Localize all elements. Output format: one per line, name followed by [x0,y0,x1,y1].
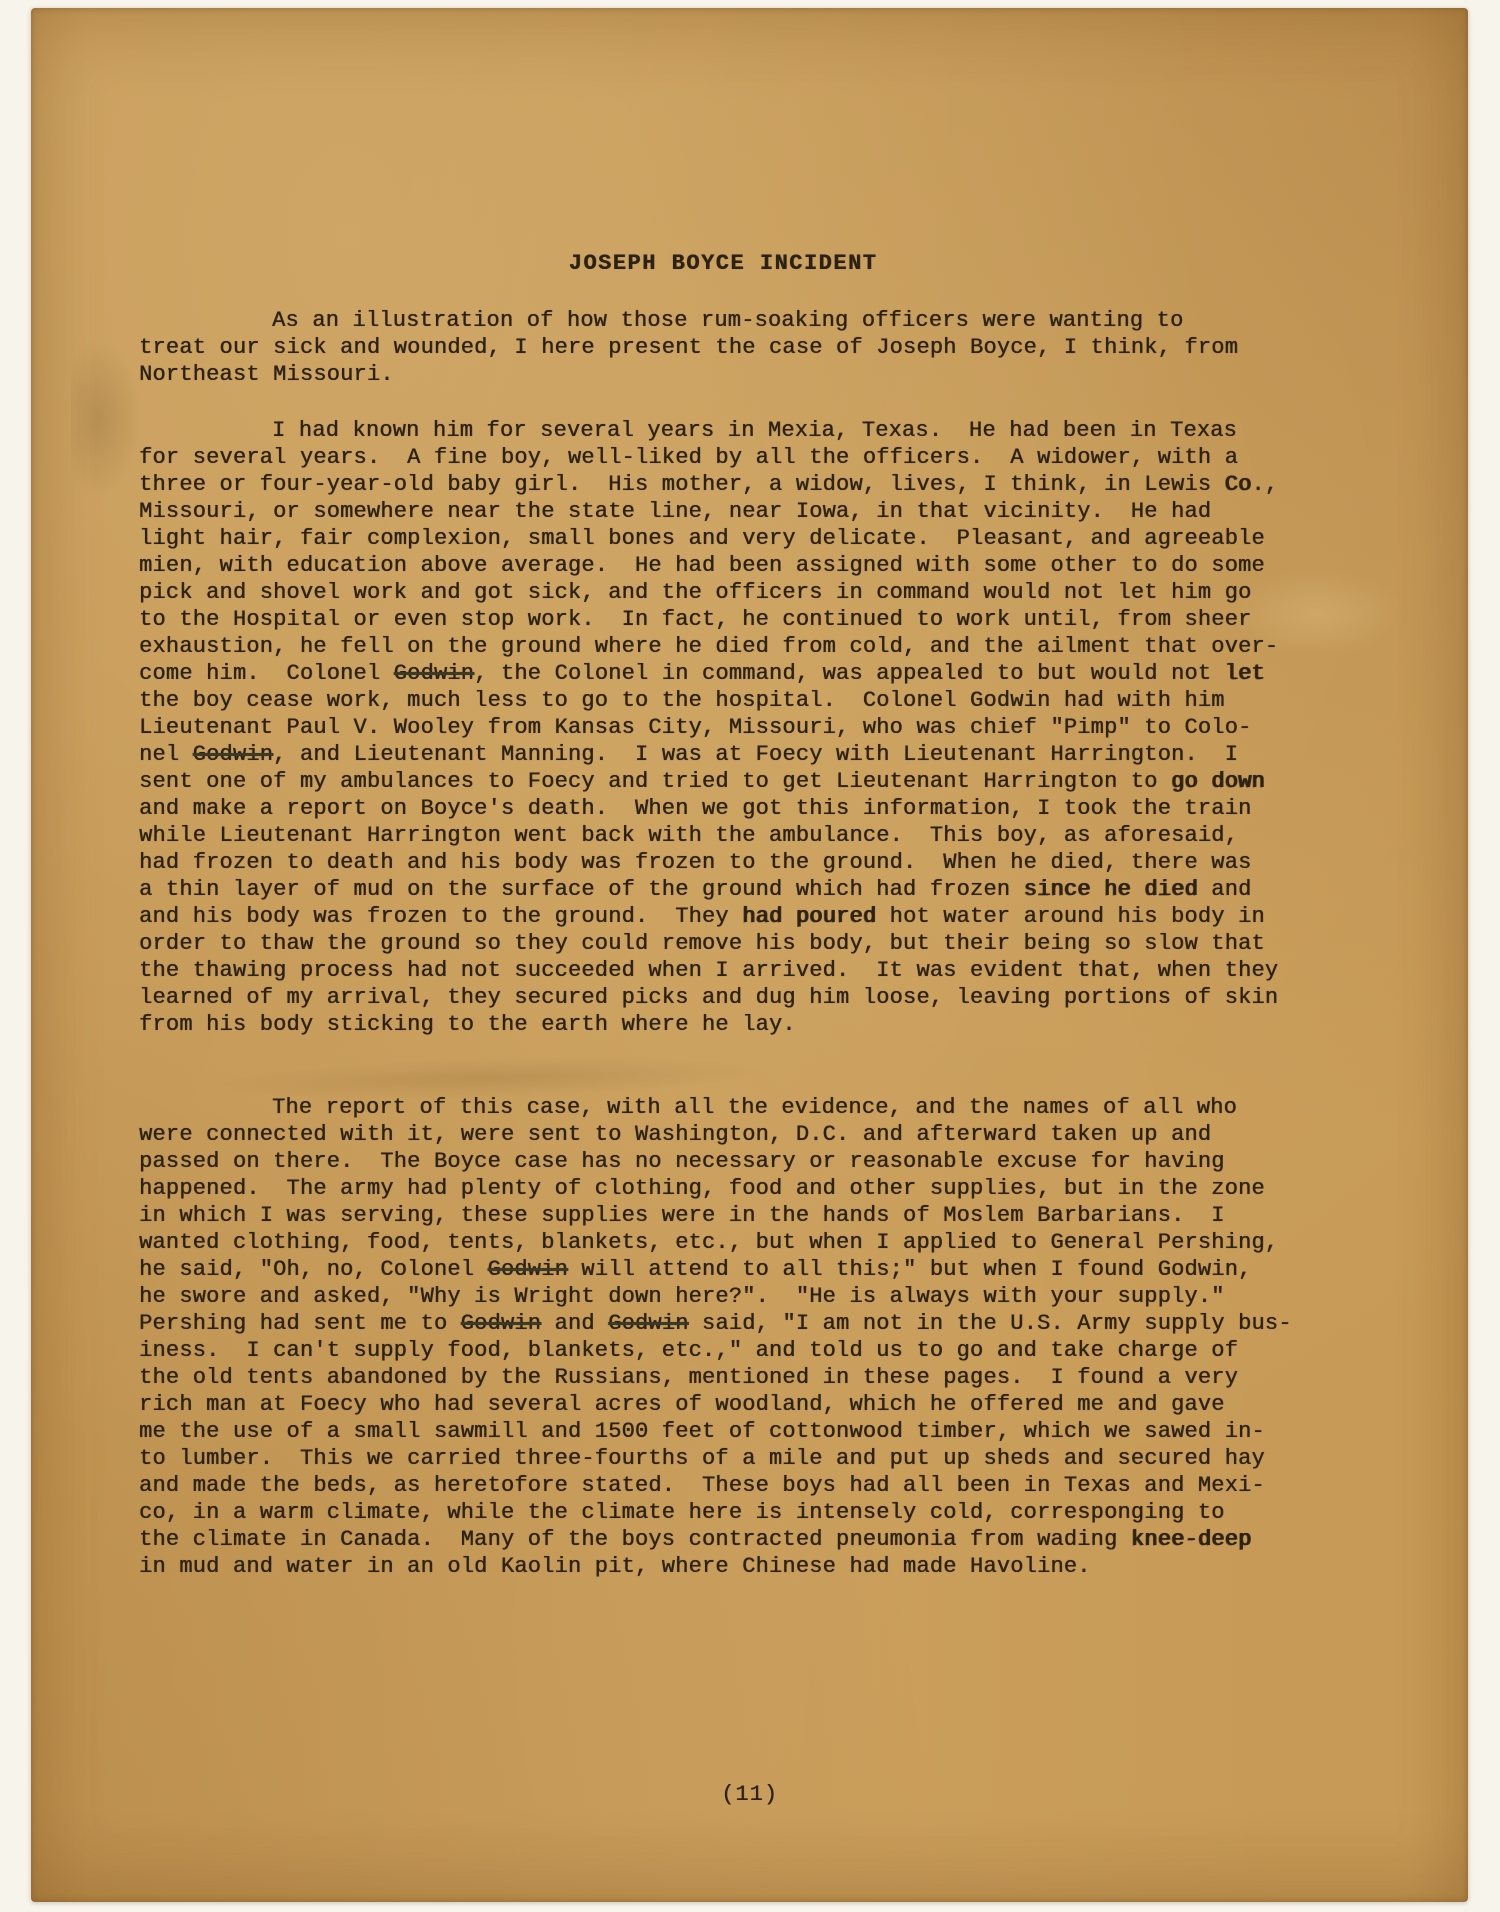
text-line: had frozen to death and his body was fro… [139,849,1307,876]
text-line: Pershing had sent me to Godwin and Godwi… [139,1310,1307,1337]
overtyped-word: since he died [1024,877,1198,902]
text-line: the climate in Canada. Many of the boys … [139,1526,1307,1553]
overtyped-word: had poured [742,904,876,929]
text-line: for several years. A fine boy, well-like… [139,444,1307,471]
struck-word: Godwin [394,661,474,686]
text-line: were connected with it, were sent to Was… [139,1121,1307,1148]
text-line: he swore and asked, "Why is Wright down … [139,1283,1307,1310]
struck-word: Godwin [487,1257,567,1282]
text-line: passed on there. The Boyce case has no n… [139,1148,1307,1175]
text-line: the boy cease work, much less to go to t… [139,687,1307,714]
text-line: to the Hospital or even stop work. In fa… [139,606,1307,633]
text-line: learned of my arrival, they secured pick… [139,984,1307,1011]
text-line: co, in a warm climate, while the climate… [139,1499,1307,1526]
text-line: Lieutenant Paul V. Wooley from Kansas Ci… [139,714,1307,741]
text-line: while Lieutenant Harrington went back wi… [139,822,1307,849]
text-line: wanted clothing, food, tents, blankets, … [139,1229,1307,1256]
text-line: the old tents abandoned by the Russians,… [139,1364,1307,1391]
text-line: nel Godwin, and Lieutenant Manning. I wa… [139,741,1307,768]
text-line: from his body sticking to the earth wher… [139,1011,1307,1038]
text-line: order to thaw the ground so they could r… [139,930,1307,957]
text-line: the thawing process had not succeeded wh… [139,957,1307,984]
document-text: JOSEPH BOYCE INCIDENT As an illustration… [139,250,1307,1609]
text-line: and his body was frozen to the ground. T… [139,903,1307,930]
paper-stain [71,338,141,498]
text-line: and make a report on Boyce's death. When… [139,795,1307,822]
struck-word: Godwin [608,1311,688,1336]
text-line: to lumber. This we carried three-fourths… [139,1445,1307,1472]
text-line: and made the beds, as heretofore stated.… [139,1472,1307,1499]
text-line: iness. I can't supply food, blankets, et… [139,1337,1307,1364]
text-line: a thin layer of mud on the surface of th… [139,876,1307,903]
scanned-page-background: JOSEPH BOYCE INCIDENT As an illustration… [0,0,1500,1912]
text-line: exhaustion, he fell on the ground where … [139,633,1307,660]
paragraph: The report of this case, with all the ev… [139,1094,1307,1580]
overtyped-word: Co [1225,472,1252,497]
text-line: in mud and water in an old Kaolin pit, w… [139,1553,1307,1580]
page-number: (11) [31,1782,1468,1807]
text-line: sent one of my ambulances to Foecy and t… [139,768,1307,795]
text-line: Northeast Missouri. [139,361,1307,388]
document-title: JOSEPH BOYCE INCIDENT [139,250,1307,277]
overtyped-word: let [1225,661,1265,686]
text-line: he said, "Oh, no, Colonel Godwin will at… [139,1256,1307,1283]
struck-word: Godwin [461,1311,541,1336]
text-line: The report of this case, with all the ev… [139,1094,1307,1121]
text-line: As an illustration of how those rum-soak… [139,307,1307,334]
text-line: come him. Colonel Godwin, the Colonel in… [139,660,1307,687]
document-page: JOSEPH BOYCE INCIDENT As an illustration… [31,8,1468,1902]
text-line: light hair, fair complexion, small bones… [139,525,1307,552]
text-line: happened. The army had plenty of clothin… [139,1175,1307,1202]
text-line: treat our sick and wounded, I here prese… [139,334,1307,361]
text-line: I had known him for several years in Mex… [139,417,1307,444]
text-line: me the use of a small sawmill and 1500 f… [139,1418,1307,1445]
text-line: rich man at Foecy who had several acres … [139,1391,1307,1418]
text-line: three or four-year-old baby girl. His mo… [139,471,1307,498]
text-line: Missouri, or somewhere near the state li… [139,498,1307,525]
text-line: pick and shovel work and got sick, and t… [139,579,1307,606]
text-line: mien, with education above average. He h… [139,552,1307,579]
struck-word: Godwin [193,742,273,767]
document-body: As an illustration of how those rum-soak… [139,307,1307,1580]
paragraph: As an illustration of how those rum-soak… [139,307,1307,388]
overtyped-word: knee-deep [1131,1527,1252,1552]
overtyped-word: go down [1171,769,1265,794]
text-line: in which I was serving, these supplies w… [139,1202,1307,1229]
paragraph: I had known him for several years in Mex… [139,417,1307,1038]
